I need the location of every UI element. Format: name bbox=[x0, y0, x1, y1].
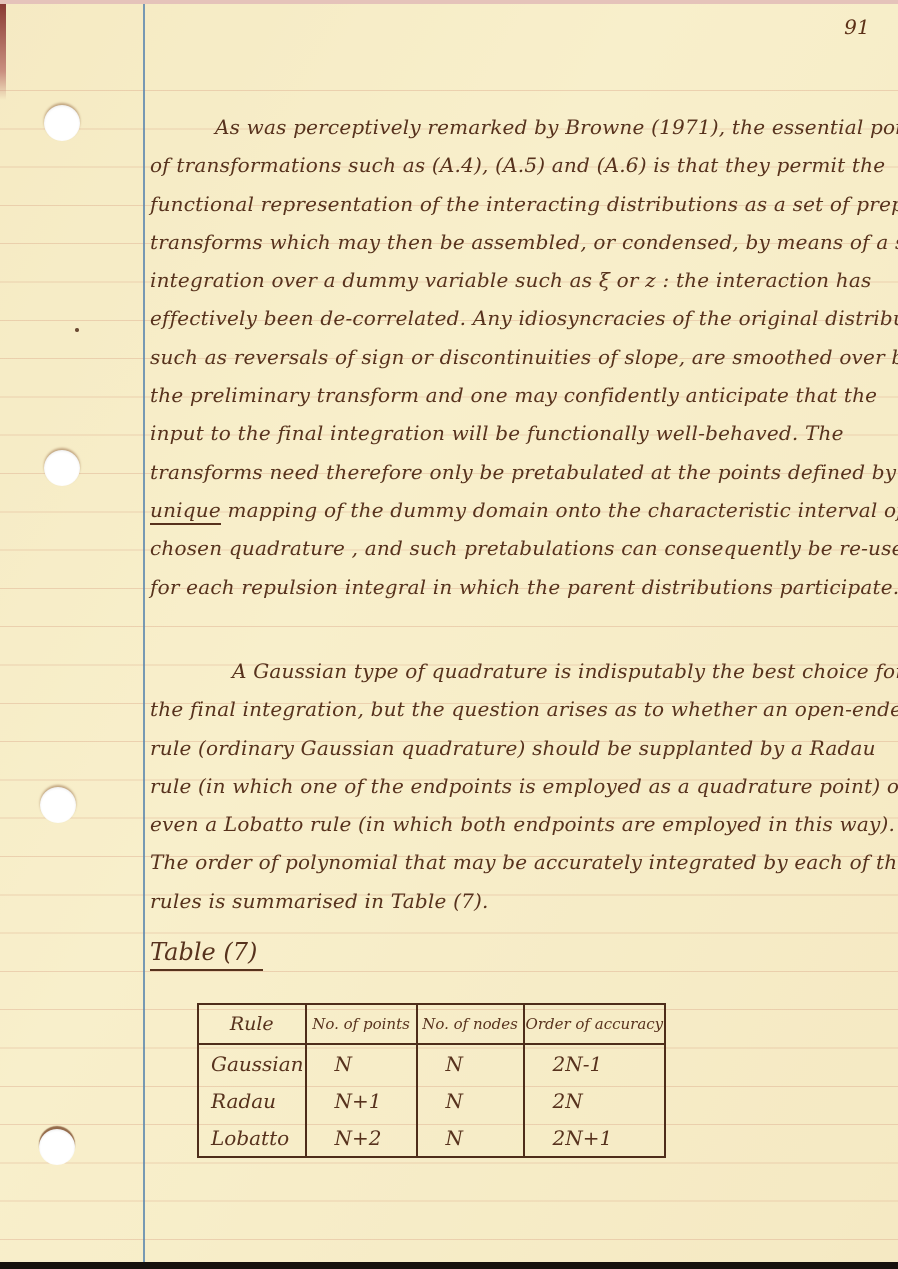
cell-accuracy: 2N-1 bbox=[524, 1044, 666, 1082]
handwritten-line: transforms which may then be assembled, … bbox=[150, 223, 898, 261]
cell-accuracy: 2N+1 bbox=[524, 1119, 666, 1157]
handwritten-line: effectively been de-correlated. Any idio… bbox=[150, 299, 898, 337]
table-row: Gaussian N N 2N-1 bbox=[198, 1044, 665, 1082]
line-remainder: mapping of the dummy domain onto the cha… bbox=[221, 498, 898, 522]
cell-rule: Radau bbox=[198, 1082, 306, 1119]
handwritten-line: rule (ordinary Gaussian quadrature) shou… bbox=[150, 729, 898, 767]
table-header-row: Rule No. of points No. of nodes Order of… bbox=[198, 1004, 665, 1044]
handwritten-line: the final integration, but the question … bbox=[150, 690, 898, 728]
rules-table: Rule No. of points No. of nodes Order of… bbox=[197, 1003, 666, 1158]
handwritten-line: The order of polynomial that may be accu… bbox=[150, 843, 898, 881]
cell-rule: Lobatto bbox=[198, 1119, 306, 1157]
handwritten-line: rule (in which one of the endpoints is e… bbox=[150, 767, 898, 805]
punch-hole-2 bbox=[44, 450, 80, 486]
handwritten-line: for each repulsion integral in which the… bbox=[150, 568, 898, 606]
handwritten-line: of transformations such as (A.4), (A.5) … bbox=[150, 146, 898, 184]
header-cell-points: No. of points bbox=[306, 1004, 417, 1044]
table-row: Lobatto N+2 N 2N+1 bbox=[198, 1119, 665, 1157]
handwritten-line: unique mapping of the dummy domain onto … bbox=[150, 491, 898, 529]
cell-points: N+1 bbox=[306, 1082, 417, 1119]
header-cell-nodes: No. of nodes bbox=[417, 1004, 524, 1044]
ink-speck bbox=[75, 328, 79, 332]
cell-nodes: N bbox=[417, 1119, 524, 1157]
table-heading: Table (7) bbox=[150, 938, 263, 971]
cell-nodes: N bbox=[417, 1044, 524, 1082]
scan-edge-left bbox=[0, 4, 6, 100]
paragraph-2: A Gaussian type of quadrature is indispu… bbox=[150, 652, 898, 920]
handwritten-line: input to the final integration will be f… bbox=[150, 414, 898, 452]
punch-hole-3 bbox=[40, 787, 76, 823]
handwritten-line: As was perceptively remarked by Browne (… bbox=[150, 108, 898, 146]
notebook-page: 91 As was perceptively remarked by Brown… bbox=[0, 0, 898, 1269]
handwritten-line: the preliminary transform and one may co… bbox=[150, 376, 898, 414]
cell-points: N bbox=[306, 1044, 417, 1082]
handwritten-line: such as reversals of sign or discontinui… bbox=[150, 338, 898, 376]
header-cell-rule: Rule bbox=[198, 1004, 306, 1044]
handwritten-line: integration over a dummy variable such a… bbox=[150, 261, 898, 299]
cell-accuracy: 2N bbox=[524, 1082, 666, 1119]
underlined-word: unique bbox=[150, 498, 221, 525]
cell-rule: Gaussian bbox=[198, 1044, 306, 1082]
paragraph-1: As was perceptively remarked by Browne (… bbox=[150, 108, 898, 606]
margin-line bbox=[143, 0, 145, 1263]
table-row: Radau N+1 N 2N bbox=[198, 1082, 665, 1119]
page-number: 91 bbox=[832, 8, 882, 46]
punch-hole-4 bbox=[39, 1129, 75, 1165]
header-cell-accuracy: Order of accuracy bbox=[524, 1004, 666, 1044]
handwritten-line: functional representation of the interac… bbox=[150, 185, 898, 223]
handwritten-line: even a Lobatto rule (in which both endpo… bbox=[150, 805, 898, 843]
punch-hole-1 bbox=[44, 105, 80, 141]
scan-edge-bottom bbox=[0, 1262, 898, 1269]
cell-points: N+2 bbox=[306, 1119, 417, 1157]
handwritten-line: chosen quadrature , and such pretabulati… bbox=[150, 529, 898, 567]
handwritten-line: rules is summarised in Table (7). bbox=[150, 882, 898, 920]
handwritten-line: transforms need therefore only be pretab… bbox=[150, 453, 898, 491]
handwritten-line: A Gaussian type of quadrature is indispu… bbox=[150, 652, 898, 690]
cell-nodes: N bbox=[417, 1082, 524, 1119]
scan-edge-top bbox=[0, 0, 898, 4]
